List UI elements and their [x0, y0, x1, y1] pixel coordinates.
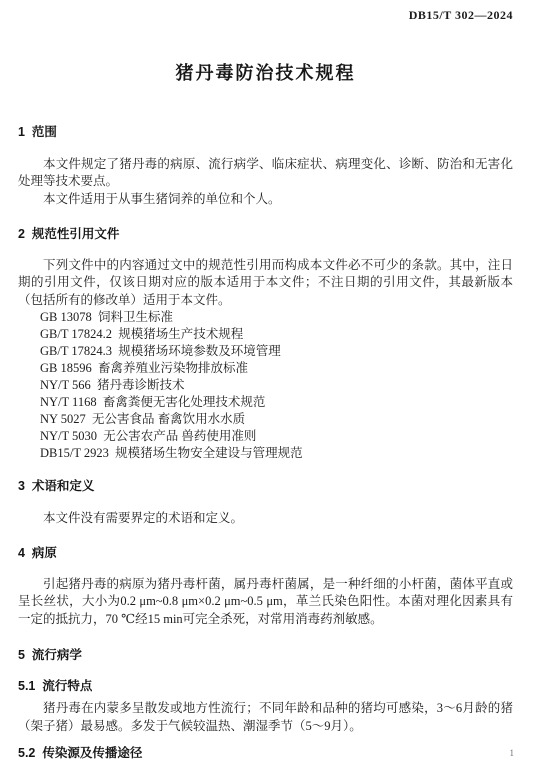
document-page: DB15/T 302—2024 猪丹毒防治技术规程 1 范围 本文件规定了猪丹毒…: [0, 0, 540, 763]
section-1-paragraph-1: 本文件规定了猪丹毒的病原、流行病学、临床症状、病理变化、诊断、防治和无害化处理等…: [18, 156, 513, 191]
page-number: 1: [510, 748, 515, 758]
section-3-paragraph-1: 本文件没有需要界定的术语和定义。: [18, 510, 513, 528]
section-2-heading: 2 规范性引用文件: [18, 226, 513, 244]
section-5-1-heading: 5.1 流行特点: [18, 678, 513, 696]
reference-item: NY/T 5030 无公害农产品 兽药使用准则: [18, 428, 513, 445]
reference-item: NY 5027 无公害食品 畜禽饮用水水质: [18, 411, 513, 428]
reference-item: GB/T 17824.2 规模猪场生产技术规程: [18, 326, 513, 343]
doc-number: DB15/T 302—2024: [18, 8, 513, 22]
section-5-heading: 5 流行病学: [18, 647, 513, 665]
reference-item: NY/T 566 猪丹毒诊断技术: [18, 377, 513, 394]
section-5-2-heading: 5.2 传染源及传播途径: [18, 745, 513, 763]
section-1-heading: 1 范围: [18, 124, 513, 142]
section-4-heading: 4 病原: [18, 545, 513, 563]
section-1-paragraph-2: 本文件适用于从事生猪饲养的单位和个人。: [18, 191, 513, 209]
reference-item: GB 18596 畜禽养殖业污染物排放标准: [18, 360, 513, 377]
section-4-paragraph-1: 引起猪丹毒的病原为猪丹毒杆菌，属丹毒杆菌属，是一种纤细的小杆菌，菌体平直或呈长丝…: [18, 576, 513, 629]
reference-item: GB/T 17824.3 规模猪场环境参数及环境管理: [18, 343, 513, 360]
section-5-1-paragraph-1: 猪丹毒在内蒙多呈散发或地方性流行；不同年龄和品种的猪均可感染，3～6月龄的猪（架…: [18, 700, 513, 735]
reference-item: GB 13078 饲料卫生标准: [18, 309, 513, 326]
section-2-intro: 下列文件中的内容通过文中的规范性引用而构成本文件必不可少的条款。其中，注日期的引…: [18, 257, 513, 310]
normative-references-list: GB 13078 饲料卫生标准 GB/T 17824.2 规模猪场生产技术规程 …: [18, 309, 513, 462]
section-3-heading: 3 术语和定义: [18, 478, 513, 496]
reference-item: DB15/T 2923 规模猪场生物安全建设与管理规范: [18, 445, 513, 462]
reference-item: NY/T 1168 畜禽粪便无害化处理技术规范: [18, 394, 513, 411]
page-title: 猪丹毒防治技术规程: [18, 60, 513, 86]
